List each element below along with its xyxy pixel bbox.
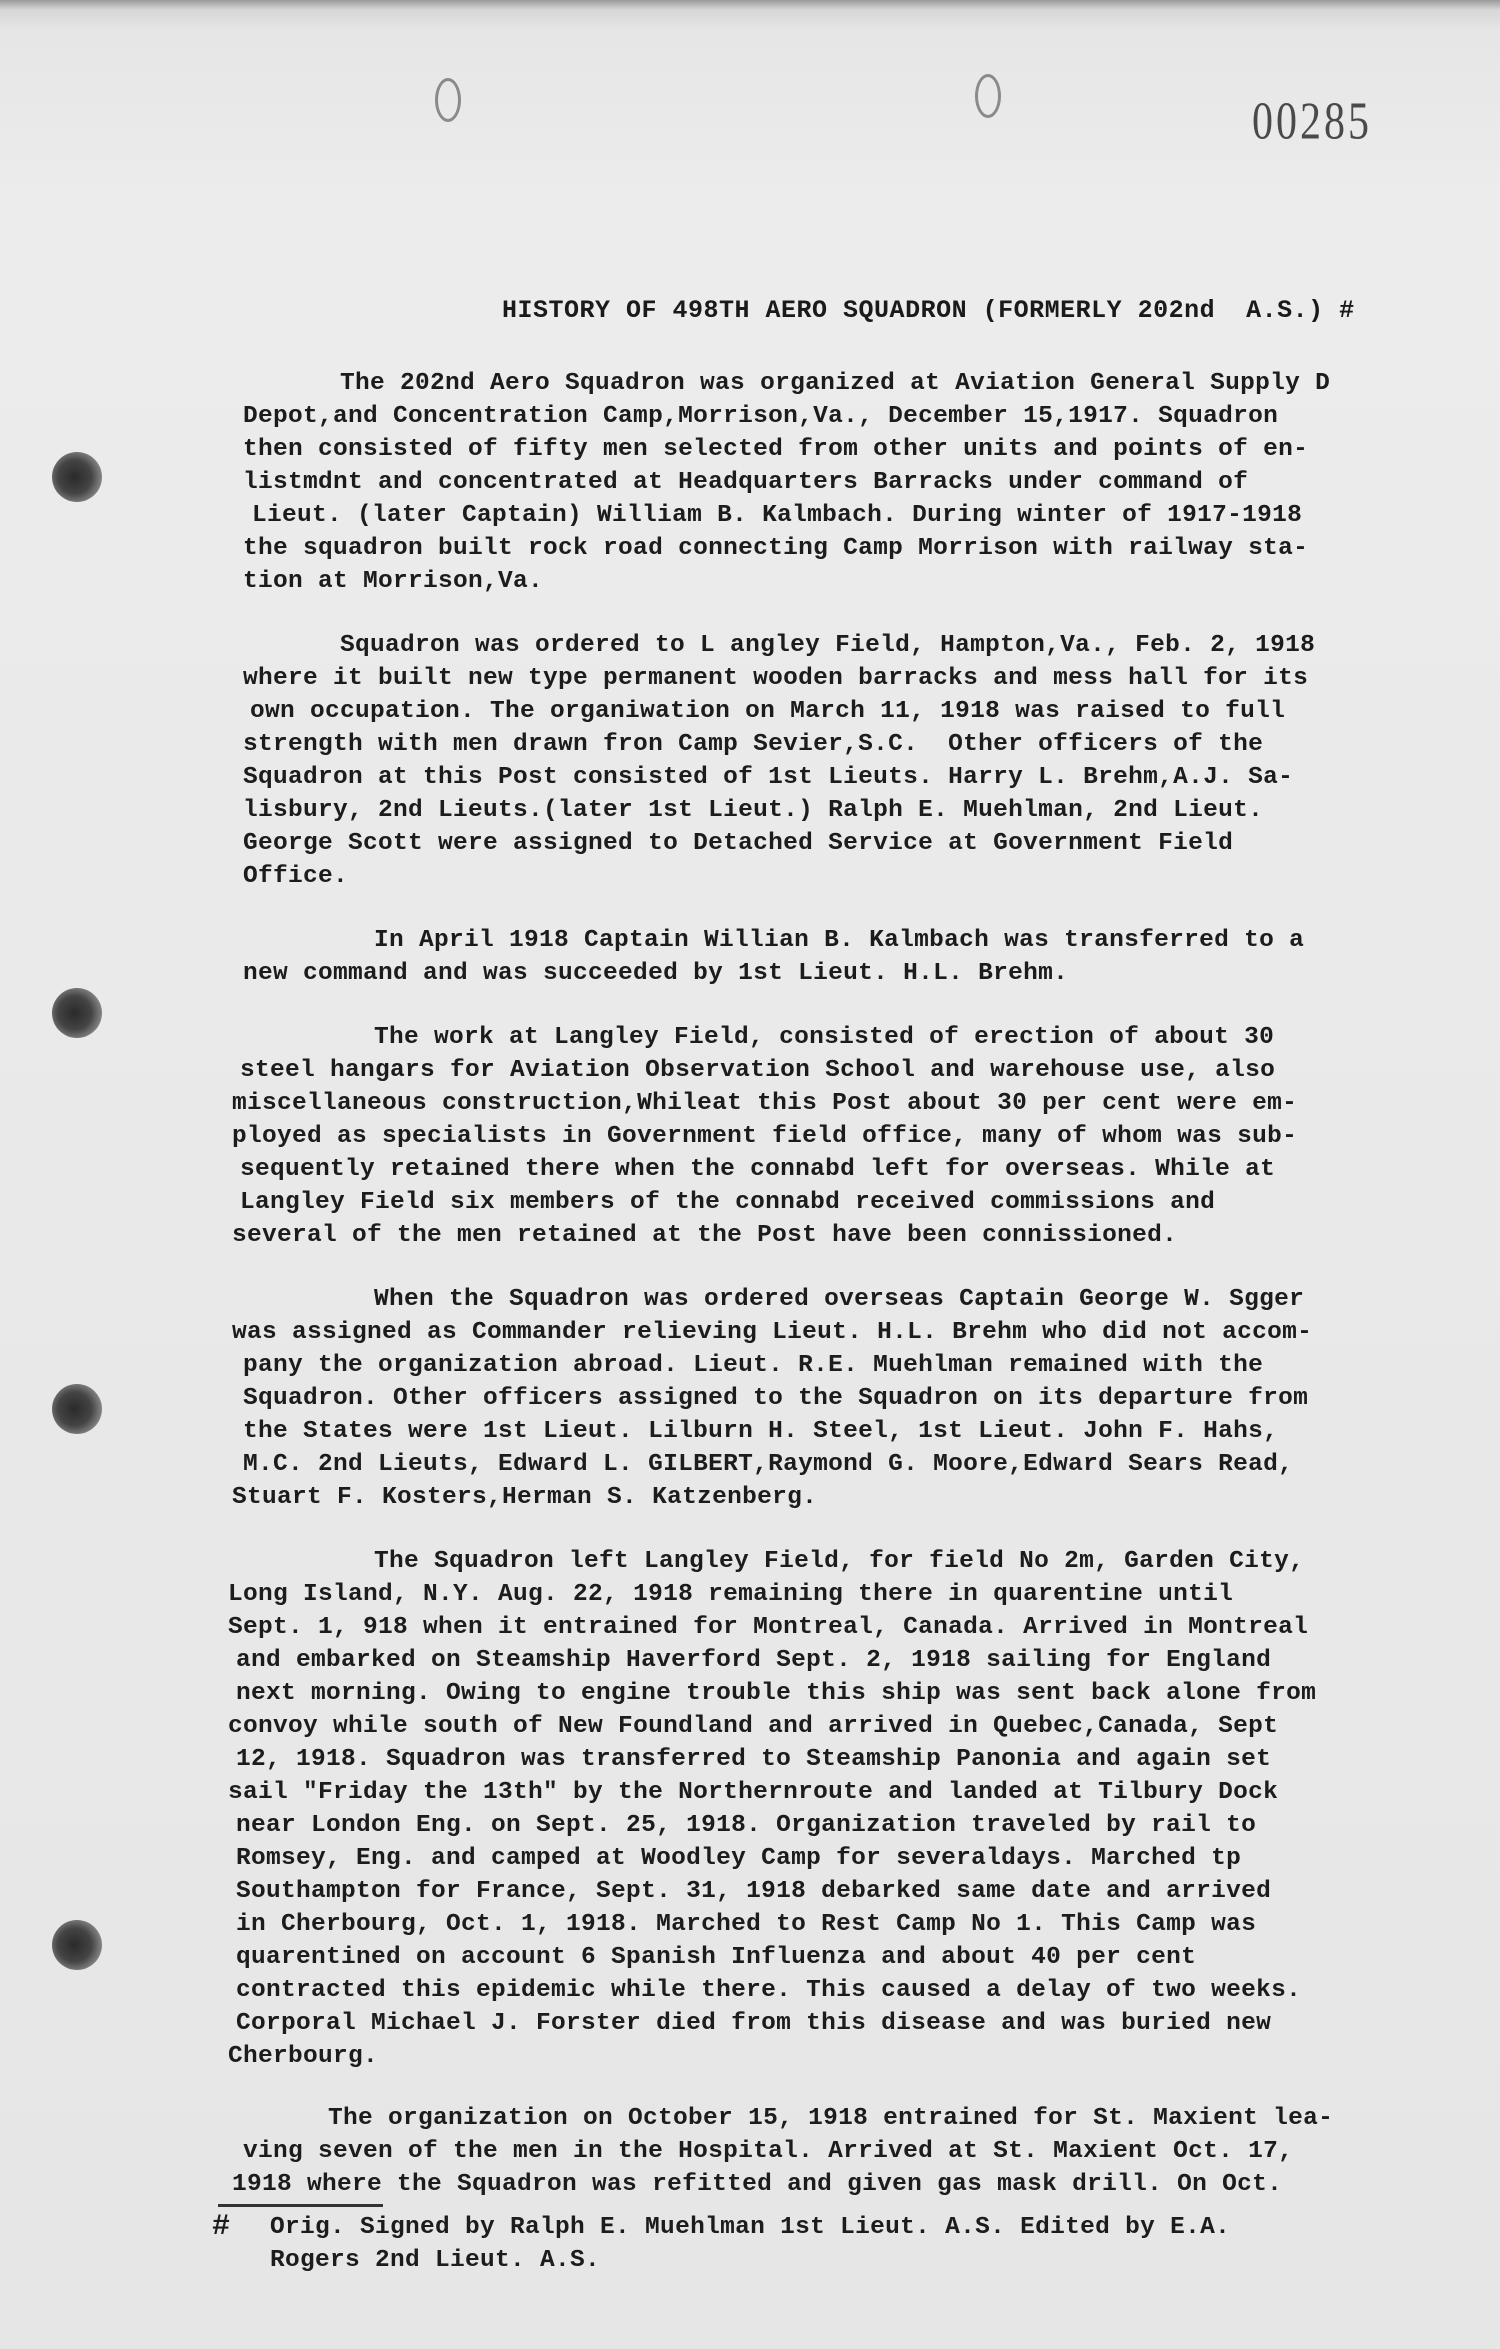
text-line: ployed as specialists in Government fiel… bbox=[232, 1123, 1297, 1150]
text-line: The work at Langley Field, consisted of … bbox=[374, 1024, 1274, 1051]
text-line: sail "Friday the 13th" by the Northernro… bbox=[228, 1779, 1278, 1806]
punch-hole-4 bbox=[52, 1920, 102, 1970]
text-line: the States were 1st Lieut. Lilburn H. St… bbox=[243, 1418, 1278, 1445]
text-line: quarentined on account 6 Spanish Influen… bbox=[236, 1944, 1196, 1971]
page-number: 00285 bbox=[1252, 92, 1372, 152]
page-top-edge bbox=[0, 0, 1500, 10]
text-line: own occupation. The organiwation on Marc… bbox=[250, 698, 1285, 725]
text-line: the squadron built rock road connecting … bbox=[243, 535, 1308, 562]
text-line: near London Eng. on Sept. 25, 1918. Orga… bbox=[236, 1812, 1256, 1839]
text-line: Squadron. Other officers assigned to the… bbox=[243, 1385, 1308, 1412]
text-line: Squadron at this Post consisted of 1st L… bbox=[243, 764, 1293, 791]
text-line: contracted this epidemic while there. Th… bbox=[236, 1977, 1301, 2004]
binder-ring-mark-right bbox=[975, 74, 1001, 118]
text-line: new command and was succeeded by 1st Lie… bbox=[243, 960, 1068, 987]
text-line: where it built new type permanent wooden… bbox=[243, 665, 1308, 692]
text-line: steel hangars for Aviation Observation S… bbox=[240, 1057, 1275, 1084]
punch-hole-3 bbox=[52, 1384, 102, 1434]
text-line: George Scott were assigned to Detached S… bbox=[243, 830, 1233, 857]
text-line: tion at Morrison,Va. bbox=[243, 568, 543, 595]
document-page: 00285 HISTORY OF 498TH AERO SQUADRON (FO… bbox=[0, 0, 1500, 2349]
text-line: Corporal Michael J. Forster died from th… bbox=[236, 2010, 1271, 2037]
text-line: M.C. 2nd Lieuts, Edward L. GILBERT,Raymo… bbox=[243, 1451, 1293, 1478]
text-line: ving seven of the men in the Hospital. A… bbox=[243, 2138, 1293, 2165]
footnote-line: Orig. Signed by Ralph E. Muehlman 1st Li… bbox=[270, 2214, 1230, 2241]
document-title: HISTORY OF 498TH AERO SQUADRON (FORMERLY… bbox=[502, 296, 1355, 325]
text-line: in Cherbourg, Oct. 1, 1918. Marched to R… bbox=[236, 1911, 1256, 1938]
text-line: Lieut. (later Captain) William B. Kalmba… bbox=[252, 502, 1302, 529]
text-line: 1918 where the Squadron was refitted and… bbox=[232, 2171, 1282, 2198]
text-line: Depot,and Concentration Camp,Morrison,Va… bbox=[243, 403, 1278, 430]
text-line: sequently retained there when the connab… bbox=[240, 1156, 1275, 1183]
text-line: Southampton for France, Sept. 31, 1918 d… bbox=[236, 1878, 1271, 1905]
footnote-marker: # bbox=[212, 2210, 230, 2244]
text-line: 12, 1918. Squadron was transferred to St… bbox=[236, 1746, 1271, 1773]
text-line: Cherbourg. bbox=[228, 2043, 378, 2070]
text-line: Romsey, Eng. and camped at Woodley Camp … bbox=[236, 1845, 1241, 1872]
text-line: miscellaneous construction,Whileat this … bbox=[232, 1090, 1297, 1117]
footnote-line: Rogers 2nd Lieut. A.S. bbox=[270, 2247, 600, 2274]
text-line: pany the organization abroad. Lieut. R.E… bbox=[243, 1352, 1263, 1379]
text-line: and embarked on Steamship Haverford Sept… bbox=[236, 1647, 1271, 1674]
text-line: Langley Field six members of the connabd… bbox=[240, 1189, 1215, 1216]
text-line: Office. bbox=[243, 863, 348, 890]
text-line: Squadron was ordered to L angley Field, … bbox=[340, 632, 1315, 659]
footnote-separator bbox=[218, 2204, 383, 2207]
punch-hole-2 bbox=[52, 988, 102, 1038]
text-line: In April 1918 Captain Willian B. Kalmbac… bbox=[374, 927, 1304, 954]
text-line: was assigned as Commander relieving Lieu… bbox=[232, 1319, 1312, 1346]
text-line: When the Squadron was ordered overseas C… bbox=[374, 1286, 1304, 1313]
text-line: Stuart F. Kosters,Herman S. Katzenberg. bbox=[232, 1484, 817, 1511]
text-line: next morning. Owing to engine trouble th… bbox=[236, 1680, 1316, 1707]
text-line: lisbury, 2nd Lieuts.(later 1st Lieut.) R… bbox=[243, 797, 1263, 824]
text-line: Sept. 1, 918 when it entrained for Montr… bbox=[228, 1614, 1308, 1641]
text-line: convoy while south of New Foundland and … bbox=[228, 1713, 1278, 1740]
text-line: several of the men retained at the Post … bbox=[232, 1222, 1177, 1249]
text-line: then consisted of fifty men selected fro… bbox=[243, 436, 1308, 463]
text-line: strength with men drawn fron Camp Sevier… bbox=[243, 731, 1263, 758]
text-line: The Squadron left Langley Field, for fie… bbox=[374, 1548, 1304, 1575]
text-line: The organization on October 15, 1918 ent… bbox=[328, 2105, 1333, 2132]
punch-hole-1 bbox=[52, 452, 102, 502]
text-line: The 202nd Aero Squadron was organized at… bbox=[340, 370, 1330, 397]
binder-ring-mark-left bbox=[435, 78, 461, 122]
text-line: listmdnt and concentrated at Headquarter… bbox=[243, 469, 1248, 496]
text-line: Long Island, N.Y. Aug. 22, 1918 remainin… bbox=[228, 1581, 1233, 1608]
